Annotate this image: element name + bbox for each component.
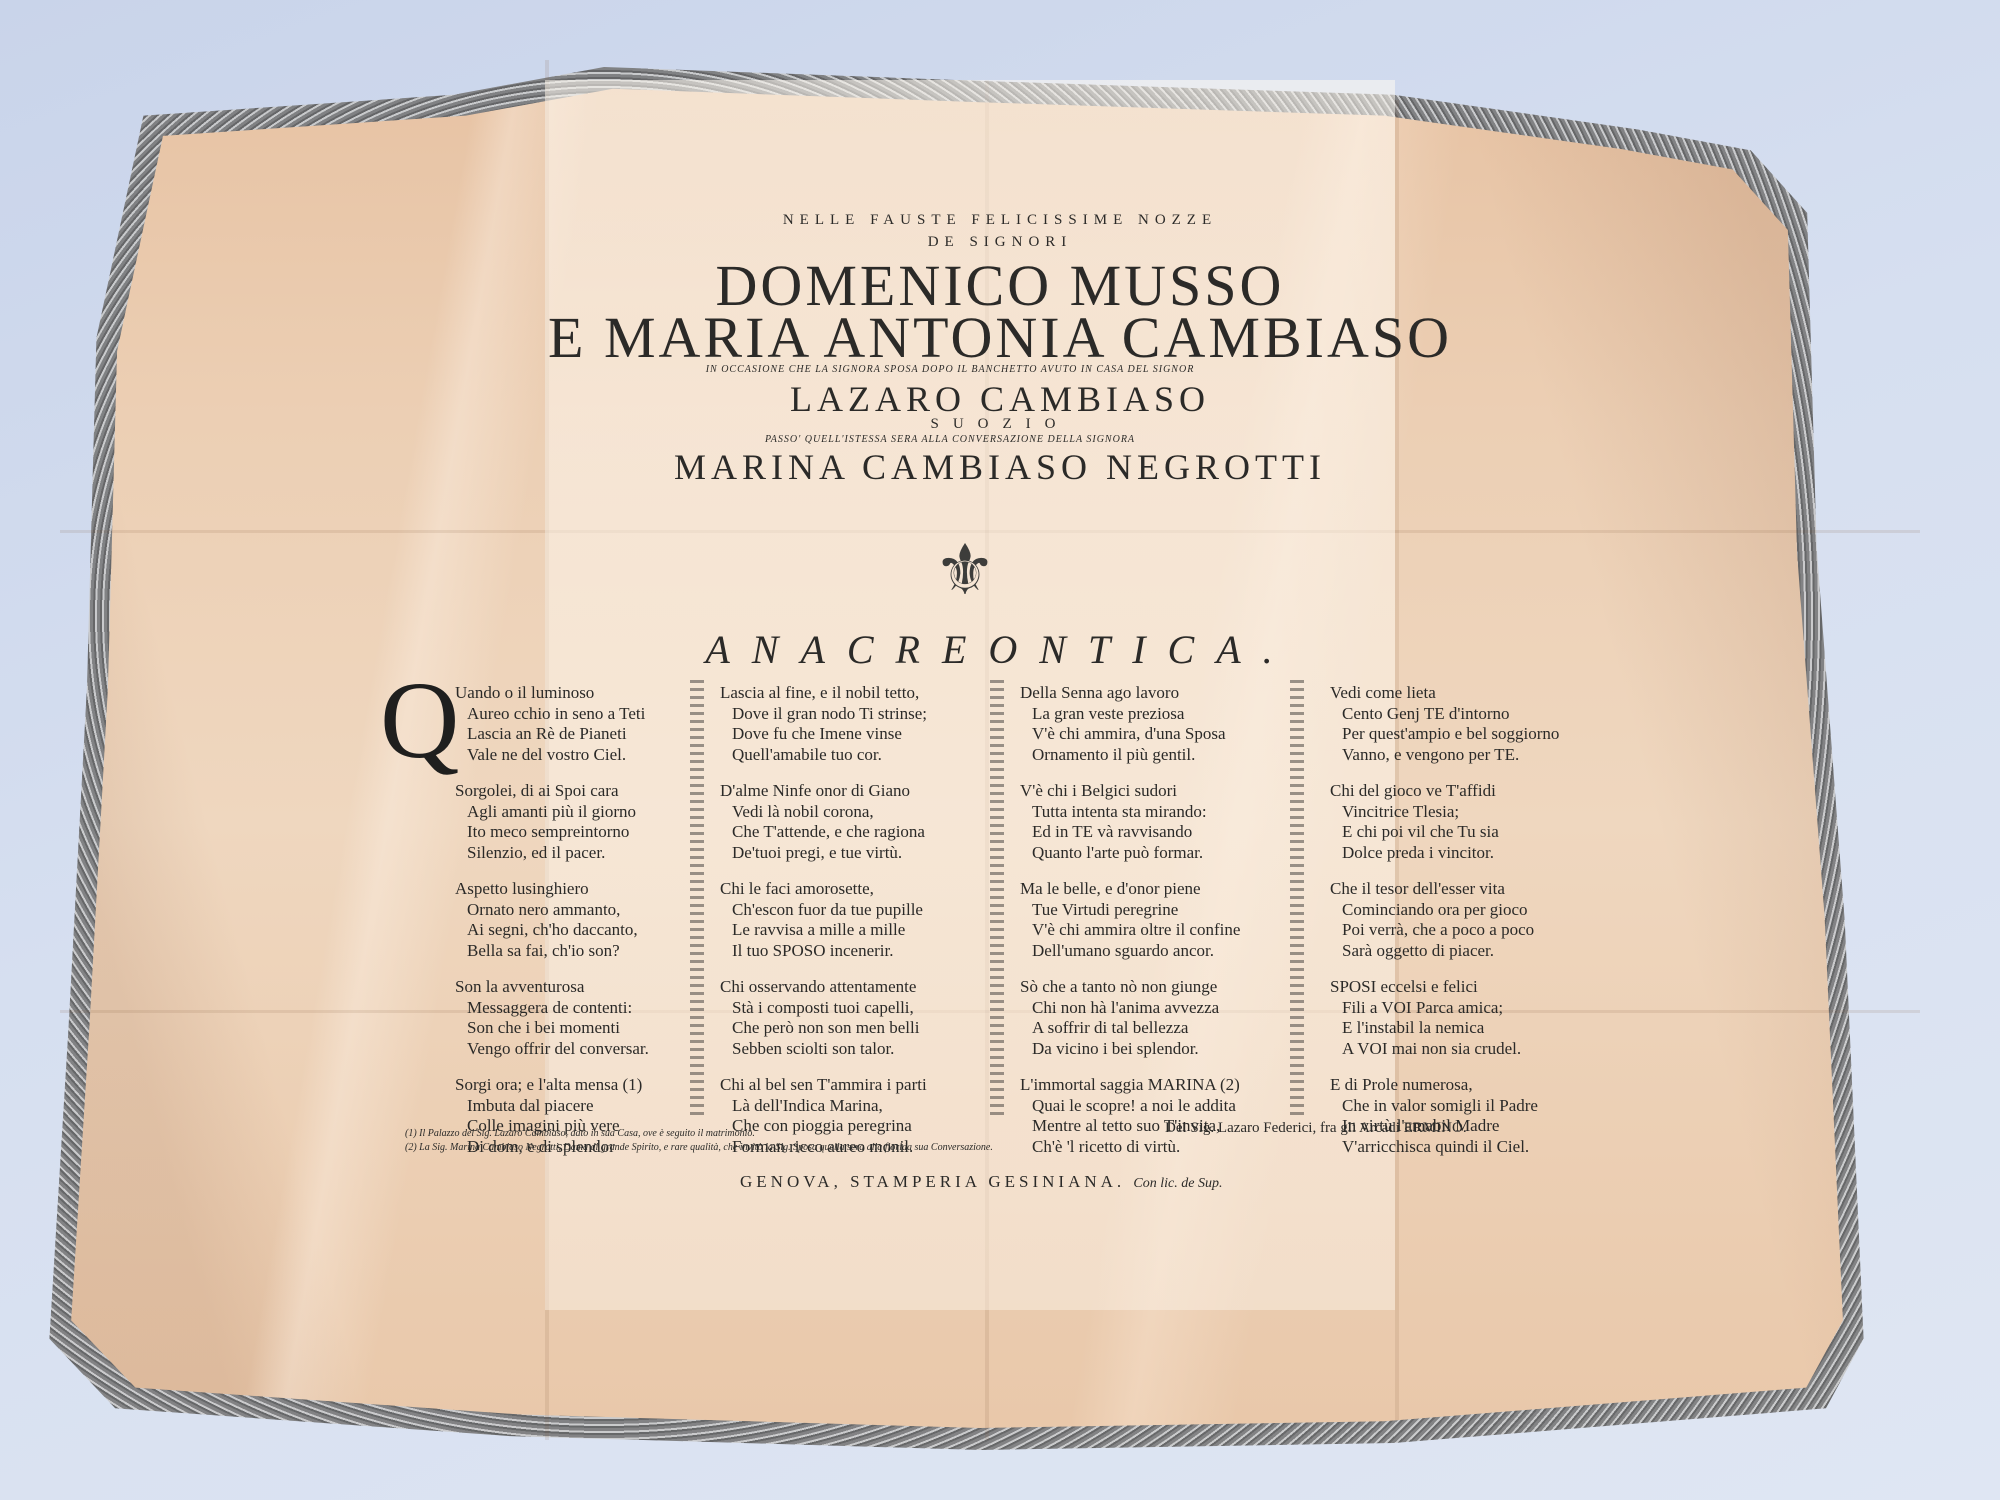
poem-line: Quell'amabile tuo cor. (720, 745, 990, 766)
poem-stanza: Vedi come lietaCento Genj TE d'intornoPe… (1330, 683, 1600, 765)
poem-line: Cominciando ora per gioco (1330, 900, 1600, 921)
relation-text: SUOZIO (680, 416, 1320, 433)
poem-line: D'alme Ninfe onor di Giano (720, 781, 990, 802)
poem-line: Quanto l'arte può formar. (1020, 843, 1290, 864)
poem-line: Vedi come lieta (1330, 683, 1600, 704)
poem-line: Uando o il luminoso (455, 683, 705, 704)
poem-line: Sebben sciolti son talor. (720, 1039, 990, 1060)
poem-line: Vanno, e vengono per TE. (1330, 745, 1600, 766)
ornament-divider (990, 680, 1004, 1120)
imprint-text: GENOVA, STAMPERIA GESINIANA. (740, 1172, 1125, 1191)
poem-line: Chi osservando attentamente (720, 977, 990, 998)
poem-line: Ch'escon fuor da tue pupille (720, 900, 990, 921)
poem-line: Lascia al fine, e il nobil tetto, (720, 683, 990, 704)
poem-line: Fili a VOI Parca amica; (1330, 998, 1600, 1019)
poem-line: Ornamento il più gentil. (1020, 745, 1290, 766)
poem-line: Le ravvisa a mille a mille (720, 920, 990, 941)
poem-stanza: Che il tesor dell'esser vitaCominciando … (1330, 879, 1600, 961)
poem-line: E di Prole numerosa, (1330, 1075, 1600, 1096)
poem-line: La gran veste preziosa (1020, 704, 1290, 725)
poem-line: A soffrir di tal bellezza (1020, 1018, 1290, 1039)
poem-line: Silenzio, ed il pacer. (455, 843, 705, 864)
poem-line: Vedi là nobil corona, (720, 802, 990, 823)
poem-stanza: Sorgolei, di ai Spoi caraAgli amanti più… (455, 781, 705, 863)
footnote-2: (2) La Sig. Marina Cambiaso Negrotti, Da… (405, 1142, 993, 1153)
footnote-1: (1) Il Palazzo del Sig. Lazaro Cambiaso,… (405, 1128, 755, 1139)
poem-line: Chi le faci amorosette, (720, 879, 990, 900)
poem-stanza: Chi del gioco ve T'affidiVincitrice Tles… (1330, 781, 1600, 863)
poem-line: Che T'attende, e che ragiona (720, 822, 990, 843)
poem-line: Tue Virtudi peregrine (1020, 900, 1290, 921)
poem-line: Sarà oggetto di piacer. (1330, 941, 1600, 962)
poem-line: V'è chi i Belgici sudori (1020, 781, 1290, 802)
poem-stanza: Lascia al fine, e il nobil tetto,Dove il… (720, 683, 990, 765)
poem-line: E l'instabil la nemica (1330, 1018, 1600, 1039)
poem-line: Messaggera de contenti: (455, 998, 705, 1019)
poem-line: Stà i composti tuoi capelli, (720, 998, 990, 1019)
poem-line: Dove il gran nodo Ti strinse; (720, 704, 990, 725)
poem-line: Vengo offrir del conversar. (455, 1039, 705, 1060)
poem-stanza: Son la avventurosaMessaggera de contenti… (455, 977, 705, 1059)
poem-line: A VOI mai non sia crudel. (1330, 1039, 1600, 1060)
bride-name: E MARIA ANTONIA CAMBIASO (420, 304, 1580, 371)
poem-line: Bella sa fai, ch'io son? (455, 941, 705, 962)
poem-line: Tutta intenta sta mirando: (1020, 802, 1290, 823)
poem-stanza: Della Senna ago lavoroLa gran veste prez… (1020, 683, 1290, 765)
ornament-divider (1290, 680, 1304, 1120)
poem-line: Della Senna ago lavoro (1020, 683, 1290, 704)
poem-column-2: Lascia al fine, e il nobil tetto,Dove il… (720, 683, 990, 1173)
poem-line: Da vicino i bei splendor. (1020, 1039, 1290, 1060)
poem-line: Ed in TE và ravvisando (1020, 822, 1290, 843)
poem-line: Sò che a tanto nò non giunge (1020, 977, 1290, 998)
poem-line: L'immortal saggia MARINA (2) (1020, 1075, 1290, 1096)
poem-title: ANACREONTICA. (620, 626, 1380, 673)
poem-line: Sorgi ora; e l'alta mensa (1) (455, 1075, 705, 1096)
poem-line: Cento Genj TE d'intorno (1330, 704, 1600, 725)
poem-line: Dove fu che Imene vinse (720, 724, 990, 745)
poem-line: Aspetto lusinghiero (455, 879, 705, 900)
poem-line: Che il tesor dell'esser vita (1330, 879, 1600, 900)
poem-line: Agli amanti più il giorno (455, 802, 705, 823)
poem-line: Imbuta dal piacere (455, 1096, 705, 1117)
printer-imprint: GENOVA, STAMPERIA GESINIANA. Con lic. de… (740, 1172, 1222, 1192)
poem-line: Ornato nero ammanto, (455, 900, 705, 921)
poem-stanza: D'alme Ninfe onor di GianoVedi là nobil … (720, 781, 990, 863)
poem-line: Chi del gioco ve T'affidi (1330, 781, 1600, 802)
poem-stanza: Sò che a tanto nò non giungeChi non hà l… (1020, 977, 1290, 1059)
poem-line: Là dell'Indica Marina, (720, 1096, 990, 1117)
ornament-divider (690, 680, 704, 1120)
poem-line: Ito meco sempreintorno (455, 822, 705, 843)
poem-line: Ma le belle, e d'onor piene (1020, 879, 1290, 900)
poem-line: Ch'è 'l ricetto di virtù. (1020, 1137, 1290, 1158)
poem-line: Per quest'ampio e bel soggiorno (1330, 724, 1600, 745)
hostess-name: MARINA CAMBIASO NEGROTTI (520, 446, 1480, 488)
poem-stanza: V'è chi i Belgici sudoriTutta intenta st… (1020, 781, 1290, 863)
poem-line: Son la avventurosa (455, 977, 705, 998)
poem-stanza: E di Prole numerosa,Che in valor somigli… (1330, 1075, 1600, 1157)
poem-line: Chi al bel sen T'ammira i parti (720, 1075, 990, 1096)
poem-line: Poi verrà, che a poco a poco (1330, 920, 1600, 941)
poem-line: V'è chi ammira, d'una Sposa (1020, 724, 1290, 745)
poem-line: Aureo cchio in seno a Teti (455, 704, 705, 725)
poem-stanza: Ma le belle, e d'onor pieneTue Virtudi p… (1020, 879, 1290, 961)
passage-text: PASSO' QUELL'ISTESSA SERA ALLA CONVERSAZ… (600, 434, 1300, 445)
poem-line: Dell'umano sguardo ancor. (1020, 941, 1290, 962)
imprint-license: Con lic. de Sup. (1133, 1176, 1222, 1191)
poem-line: V'arricchisca quindi il Ciel. (1330, 1137, 1600, 1158)
poem-stanza: Aspetto lusinghieroOrnato nero ammanto,A… (455, 879, 705, 961)
poem-dropcap: Q (380, 670, 459, 770)
poem-stanza: L'immortal saggia MARINA (2)Quai le scop… (1020, 1075, 1290, 1157)
poem-line: Il tuo SPOSO incenerir. (720, 941, 990, 962)
poem-line: Ai segni, ch'ho daccanto, (455, 920, 705, 941)
poem-line: E chi poi vil che Tu sia (1330, 822, 1600, 843)
host-name: LAZARO CAMBIASO (560, 378, 1440, 420)
poem-line: Dolce preda i vincitor. (1330, 843, 1600, 864)
coat-of-arms-icon: ⚜ (905, 522, 1025, 622)
poem-line: Quai le scopre! a noi le addita (1020, 1096, 1290, 1117)
occasion-text: IN OCCASIONE CHE LA SIGNORA SPOSA DOPO I… (600, 364, 1300, 375)
poem-column-1: Uando o il luminosoAureo cchio in seno a… (455, 683, 705, 1173)
poem-column-4: Vedi come lietaCento Genj TE d'intornoPe… (1330, 683, 1600, 1173)
poem-column-3: Della Senna ago lavoroLa gran veste prez… (1020, 683, 1290, 1173)
poem-line: Che in valor somigli il Padre (1330, 1096, 1600, 1117)
poem-stanza: Chi le faci amorosette,Ch'escon fuor da … (720, 879, 990, 961)
poem-line: Vincitrice Tlesia; (1330, 802, 1600, 823)
poem-line: Lascia an Rè de Pianeti (455, 724, 705, 745)
poem-line: De'tuoi pregi, e tue virtù. (720, 843, 990, 864)
poem-line: Son che i bei momenti (455, 1018, 705, 1039)
poem-line: V'è chi ammira oltre il confine (1020, 920, 1290, 941)
poem-stanza: Chi osservando attentamenteStà i compost… (720, 977, 990, 1059)
poem-line: SPOSI eccelsi e felici (1330, 977, 1600, 998)
poem-line: Chi non hà l'anima avvezza (1020, 998, 1290, 1019)
header-line1: NELLE FAUSTE FELICISSIME NOZZE (680, 212, 1320, 229)
poem-stanza: SPOSI eccelsi e feliciFili a VOI Parca a… (1330, 977, 1600, 1059)
poem-stanza: Uando o il luminosoAureo cchio in seno a… (455, 683, 705, 765)
poem-line: Che con pioggia peregrina (720, 1116, 990, 1137)
poem-line: Sorgolei, di ai Spoi cara (455, 781, 705, 802)
poem-line: Vale ne del vostro Ciel. (455, 745, 705, 766)
header-line2: DE SIGNORI (680, 234, 1320, 251)
author-credit: Del Sig. Lazaro Federici, fra gli Arcadi… (1165, 1120, 1467, 1137)
poem-line: Che però non son men belli (720, 1018, 990, 1039)
